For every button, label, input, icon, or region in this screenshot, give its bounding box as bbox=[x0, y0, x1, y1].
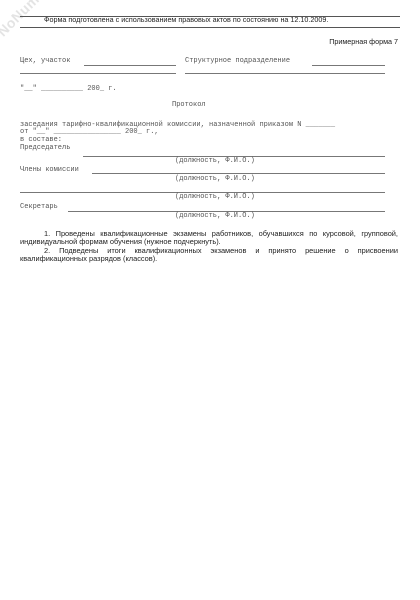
workshop-label: Цех, участок bbox=[20, 57, 70, 65]
members-input-1[interactable] bbox=[92, 173, 385, 174]
division-label: Структурное подразделение bbox=[185, 57, 290, 65]
members-caption-2: (должность, Ф.И.О.) bbox=[175, 193, 255, 201]
date-line: "__" __________ 200_ г. bbox=[20, 85, 117, 93]
division-input[interactable] bbox=[312, 65, 385, 66]
header-bottom-rule bbox=[20, 27, 400, 28]
legal-notice: Форма подготовлена с использованием прав… bbox=[44, 16, 374, 24]
members-label: Члены комиссии bbox=[20, 166, 79, 174]
body-line-2: от "__" ________________ 200_ г., bbox=[20, 128, 159, 136]
body-line-3: в составе: bbox=[20, 136, 62, 144]
chairman-label: Председатель bbox=[20, 144, 70, 152]
members-caption-1: (должность, Ф.И.О.) bbox=[175, 175, 255, 183]
secretary-caption: (должность, Ф.И.О.) bbox=[175, 212, 255, 220]
workshop-input[interactable] bbox=[84, 65, 176, 66]
division-input-line2[interactable] bbox=[185, 73, 385, 74]
form-number-label: Примерная форма 7 bbox=[329, 38, 398, 46]
chairman-caption: (должность, Ф.И.О.) bbox=[175, 157, 255, 165]
document-title: Протокол bbox=[172, 101, 206, 109]
paragraphs: 1. Проведены квалификационные экзамены р… bbox=[20, 230, 398, 264]
paragraph-1: 1. Проведены квалификационные экзамены р… bbox=[20, 230, 398, 247]
workshop-input-line2[interactable] bbox=[20, 73, 176, 74]
secretary-label: Секретарь bbox=[20, 203, 58, 211]
paragraph-2: 2. Подведены итоги квалификационных экза… bbox=[20, 247, 398, 264]
